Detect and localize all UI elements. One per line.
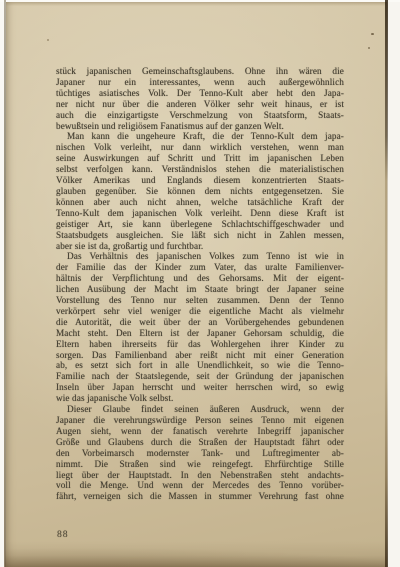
text-line: glauben gegenüber. Sie können dem nichts… <box>56 186 344 197</box>
text-line: geistiger Art, sie kann überlegene Schla… <box>56 219 344 230</box>
text-line: wie das japanische Volk selbst. <box>56 393 344 404</box>
text-line: Inseln über Japan herrscht und weiter he… <box>56 382 344 393</box>
text-line: bewußtsein und religiösem Fanatismus auf… <box>56 121 344 132</box>
text-line: voll die Menge. Und wenn der Mercedes de… <box>56 480 344 491</box>
text-line: die Autorität, die weit über der an Vorü… <box>56 317 344 328</box>
text-line: Eltern haben ihrerseits für das Wohlerge… <box>56 339 344 350</box>
page-left-edge <box>4 0 6 567</box>
text-line: den Vorbeimarsch modernster Tank- und Lu… <box>56 448 344 459</box>
text-line: Man kann die ungeheure Kraft, die der Te… <box>56 131 344 142</box>
text-line: aber sie ist da, großartig und furchtbar… <box>56 241 344 252</box>
text-line: liegt über der Hauptstadt. In den Nebens… <box>56 470 344 481</box>
book-spine-gutter <box>388 0 400 567</box>
text-line: Vorstellung des Tenno nur selten zusamme… <box>56 295 344 306</box>
text-line: können aber auch nicht ahnen, welche tat… <box>56 197 344 208</box>
text-block: stück japanischen Gemeinschaftsglaubens.… <box>56 66 344 502</box>
text-line: seine Auswirkungen auf Schritt und Tritt… <box>56 153 344 164</box>
text-line: verkörpert sehr viel weniger die eigentl… <box>56 306 344 317</box>
text-line: selbst verfolgen kann. Verständnislos st… <box>56 164 344 175</box>
text-line: Staatsbudgets ausgleichen. Sie läßt sich… <box>56 230 344 241</box>
text-line: fährt, verneigen sich die Massen in stum… <box>56 491 344 502</box>
text-line: ner nicht nur über die anderen Völker se… <box>56 99 344 110</box>
text-line: tüchtiges asiatisches Volk. Der Tenno-Ku… <box>56 88 344 99</box>
text-line: Tenno-Kult dem japanischen Volk verleiht… <box>56 208 344 219</box>
text-line: Völker Amerikas und Englands diesem konz… <box>56 175 344 186</box>
text-line: sorgen. Das Familienband aber reißt nich… <box>56 350 344 361</box>
text-line: stück japanischen Gemeinschaftsglaubens.… <box>56 66 344 77</box>
text-line: auch die einzigartigste Verschmelzung vo… <box>56 110 344 121</box>
page-number: 88 <box>57 529 69 540</box>
text-line: Japaner die verehrungswürdige Person sei… <box>56 415 344 426</box>
text-line: ab, es setzt sich fort in alle Unendlich… <box>56 360 344 371</box>
text-line: Macht steht. Den Eltern ist der Japaner … <box>56 328 344 339</box>
text-line: lichen Ausübung der Macht im Staate brin… <box>56 284 344 295</box>
text-line: Familie nach der Staatslegende, seit der… <box>56 371 344 382</box>
text-line: Japaner nur ein interessantes, wenn auch… <box>56 77 344 88</box>
text-line: nischen Volk verleiht, nur dann wirklich… <box>56 142 344 153</box>
page-top-shadow <box>5 2 387 6</box>
text-line: Größe und Glaubens durch die Straßen der… <box>56 437 344 448</box>
text-line: nimmt. Die Straßen sind wie reingefegt. … <box>56 459 344 470</box>
text-line: Augen sieht, wenn der fanatisch verehrte… <box>56 426 344 437</box>
text-line: der Familie das der Kinder zum Vater, da… <box>56 262 344 273</box>
text-line: Dieser Glaube findet seinen äußeren Ausd… <box>56 404 344 415</box>
text-line: hältnis der Verpflichtung und des Gehors… <box>56 273 344 284</box>
text-line: Das Verhältnis des japanischen Volkes zu… <box>56 251 344 262</box>
